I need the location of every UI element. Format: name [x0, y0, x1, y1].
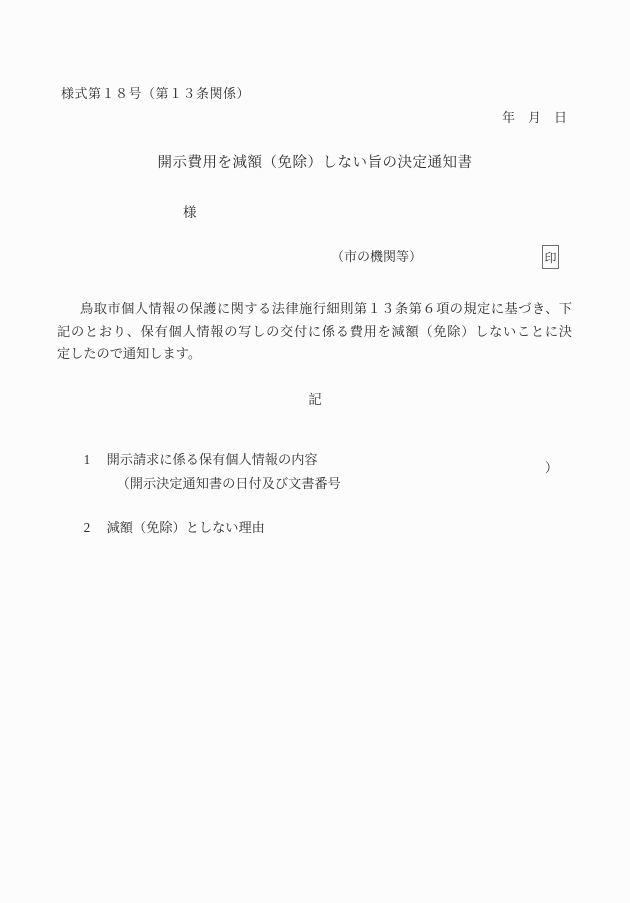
body-paragraph: 鳥取市個人情報の保護に関する法律施行細則第１３条第６項の規定に基づき、下 記のと… [57, 298, 572, 366]
list-item-2: 2減額（免除）としない理由 [77, 501, 265, 536]
note-close-paren: ） [545, 457, 558, 476]
issue-date-line: 年 月 日 [502, 107, 567, 126]
form-number: 様式第１８号（第１３条関係） [61, 83, 250, 102]
section-marker-ki: 記 [0, 388, 630, 408]
seal-box: 印 [542, 245, 559, 269]
recipient-honorific: 様 [183, 201, 197, 221]
document-title: 開示費用を減額（免除）しない旨の決定通知書 [0, 151, 630, 172]
body-line: 定したので通知します。 [57, 343, 572, 366]
body-line: 記のとおり、保有個人情報の写しの交付に係る費用を減額（免除）しないことに決 [57, 321, 572, 344]
item-number: 2 [84, 520, 107, 536]
note-open-text: （開示決定通知書の日付及び文書番号 [117, 476, 341, 491]
item-number: 1 [84, 452, 107, 468]
issuer-label: （市の機関等） [331, 246, 422, 265]
body-line: 鳥取市個人情報の保護に関する法律施行細則第１３条第６項の規定に基づき、下 [57, 298, 572, 321]
item-text: 減額（免除）としない理由 [107, 520, 265, 535]
document-page: { "page": { "background": "#fcfcfc", "te… [0, 0, 630, 903]
seal-mark: 印 [544, 249, 556, 266]
